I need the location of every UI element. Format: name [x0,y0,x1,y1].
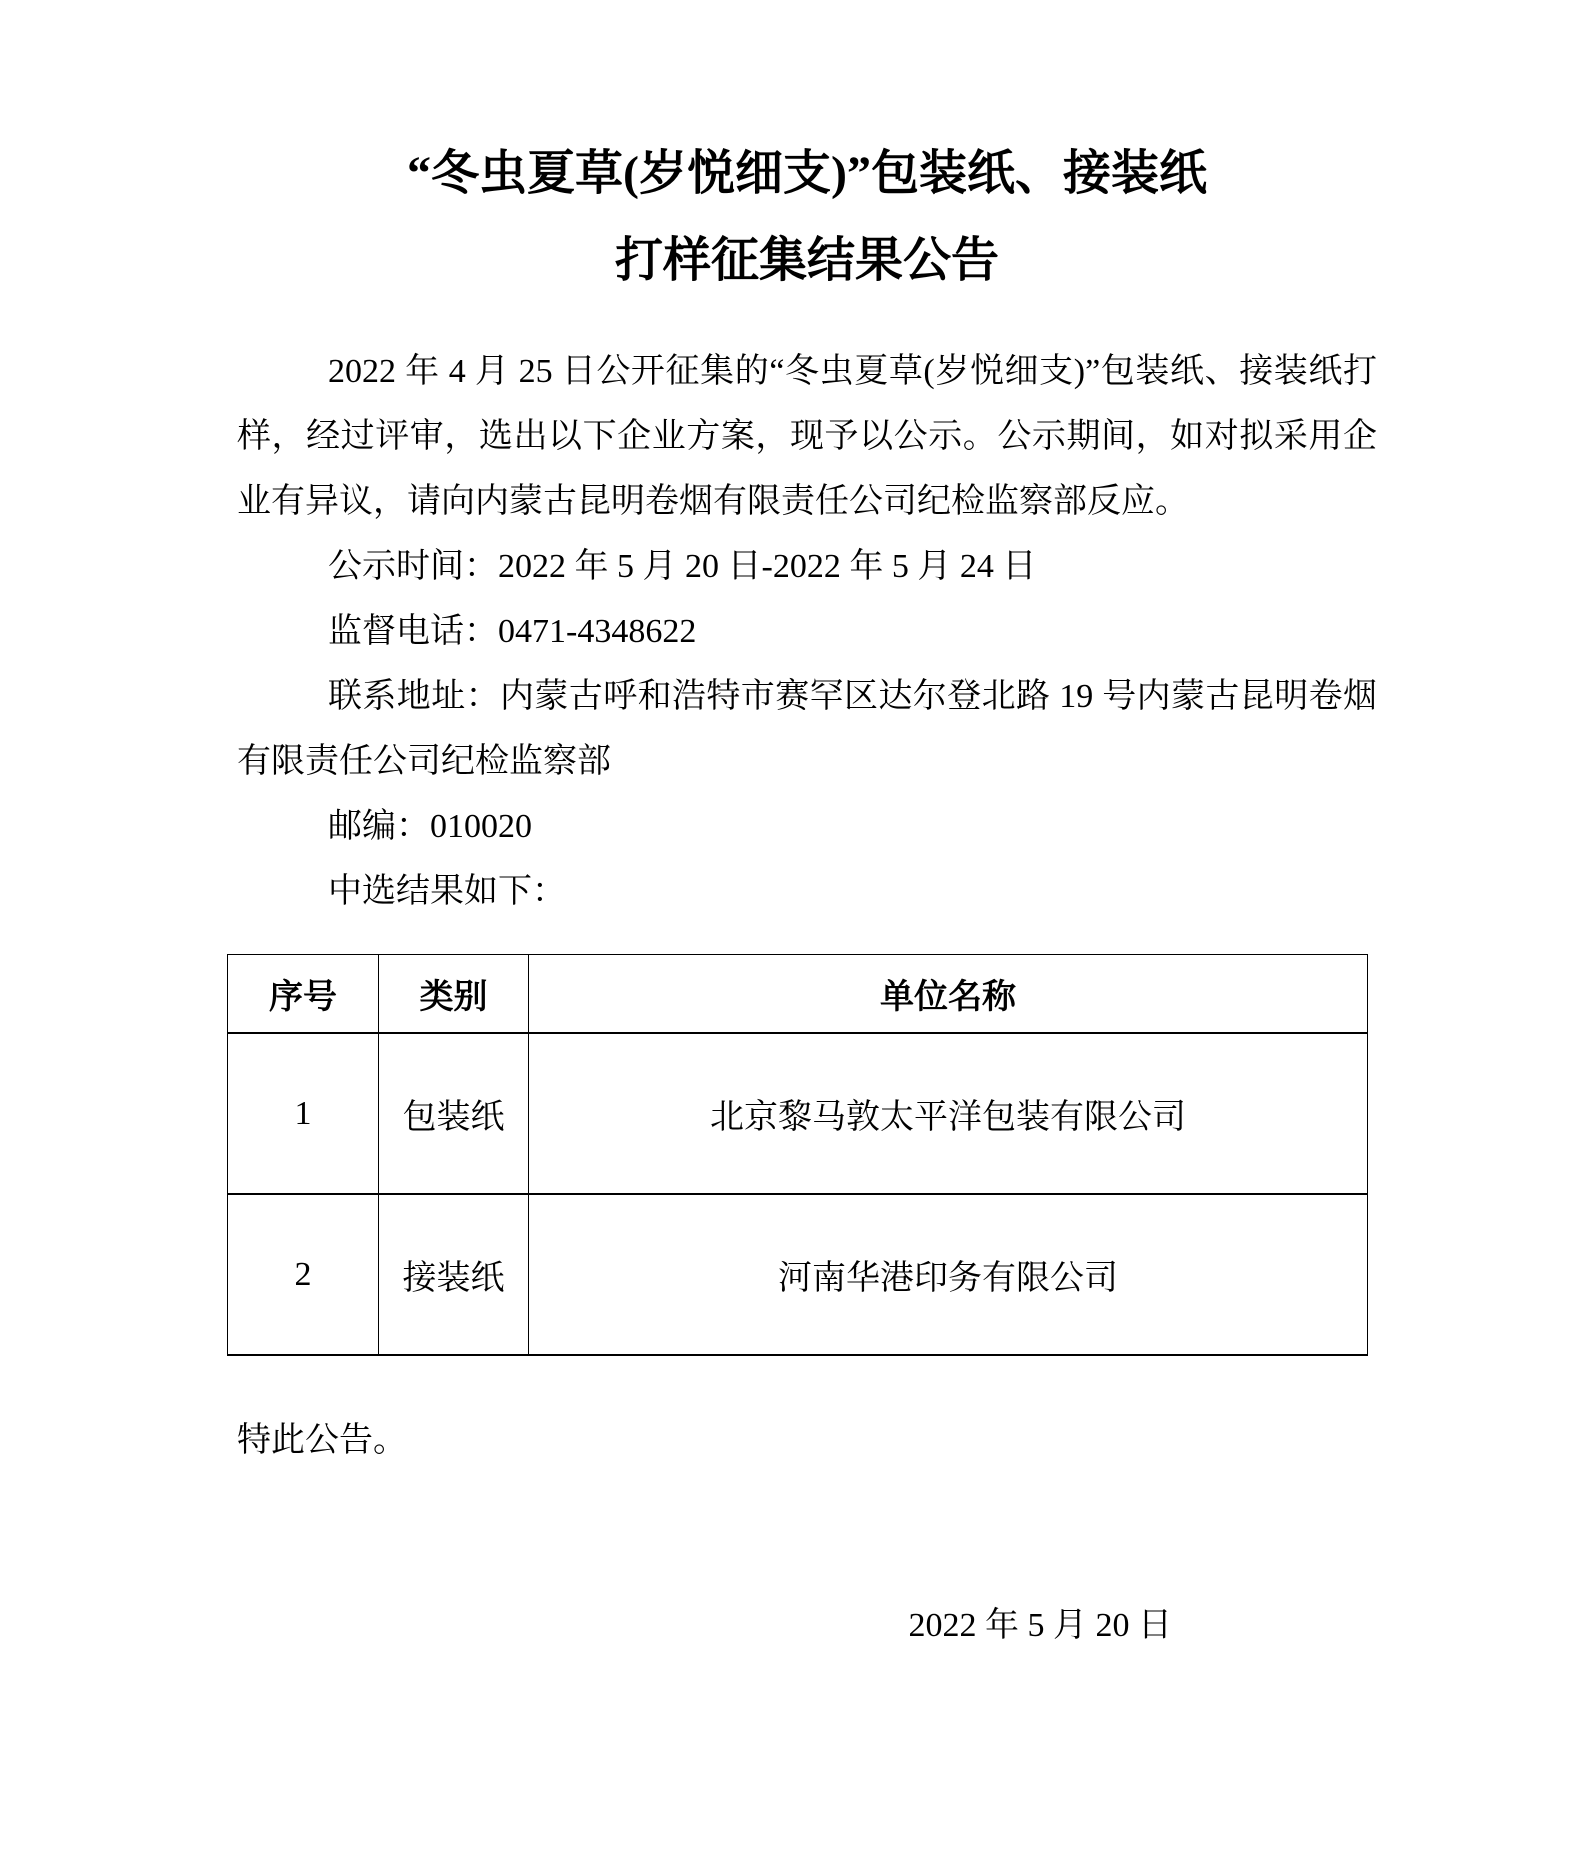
closing-statement: 特此公告。 [237,1408,1377,1473]
page-title: “冬虫夏草(岁悦细支)”包装纸、接装纸 打样征集结果公告 [237,130,1377,304]
table-row: 2 接装纸 河南华港印务有限公司 [228,1194,1368,1355]
page-title-line-1: “冬虫夏草(岁悦细支)”包装纸、接装纸 [237,130,1377,217]
body-text-block: 2022 年 4 月 25 日公开征集的“冬虫夏草(岁悦细支)”包装纸、接装纸打… [237,339,1377,924]
document-page: “冬虫夏草(岁悦细支)”包装纸、接装纸 打样征集结果公告 2022 年 4 月 … [237,0,1377,1658]
intro-paragraph: 2022 年 4 月 25 日公开征集的“冬虫夏草(岁悦细支)”包装纸、接装纸打… [237,339,1377,534]
row1-category-cell: 包装纸 [379,1033,529,1194]
header-cell-category: 类别 [379,955,529,1034]
publicity-period-line: 公示时间：2022 年 5 月 20 日-2022 年 5 月 24 日 [237,534,1377,599]
row2-category-cell: 接装纸 [379,1194,529,1355]
table-header-row: 序号 类别 单位名称 [228,955,1368,1034]
header-cell-company: 单位名称 [529,955,1368,1034]
contact-address-line: 联系地址：内蒙古呼和浩特市赛罕区达尔登北路 19 号内蒙古昆明卷烟有限责任公司纪… [237,664,1377,794]
row2-index-cell: 2 [228,1194,379,1355]
row1-company-cell: 北京黎马敦太平洋包装有限公司 [529,1033,1368,1194]
row2-company-cell: 河南华港印务有限公司 [529,1194,1368,1355]
document-date: 2022 年 5 月 20 日 [237,1593,1377,1658]
results-intro-line: 中选结果如下： [237,859,1377,924]
header-cell-index: 序号 [228,955,379,1034]
results-table: 序号 类别 单位名称 1 包装纸 北京黎马敦太平洋包装有限公司 2 接装纸 河南… [227,954,1368,1356]
supervision-phone-line: 监督电话：0471-4348622 [237,599,1377,664]
table-row: 1 包装纸 北京黎马敦太平洋包装有限公司 [228,1033,1368,1194]
page-title-line-2: 打样征集结果公告 [237,217,1377,304]
row1-index-cell: 1 [228,1033,379,1194]
postcode-line: 邮编：010020 [237,794,1377,859]
